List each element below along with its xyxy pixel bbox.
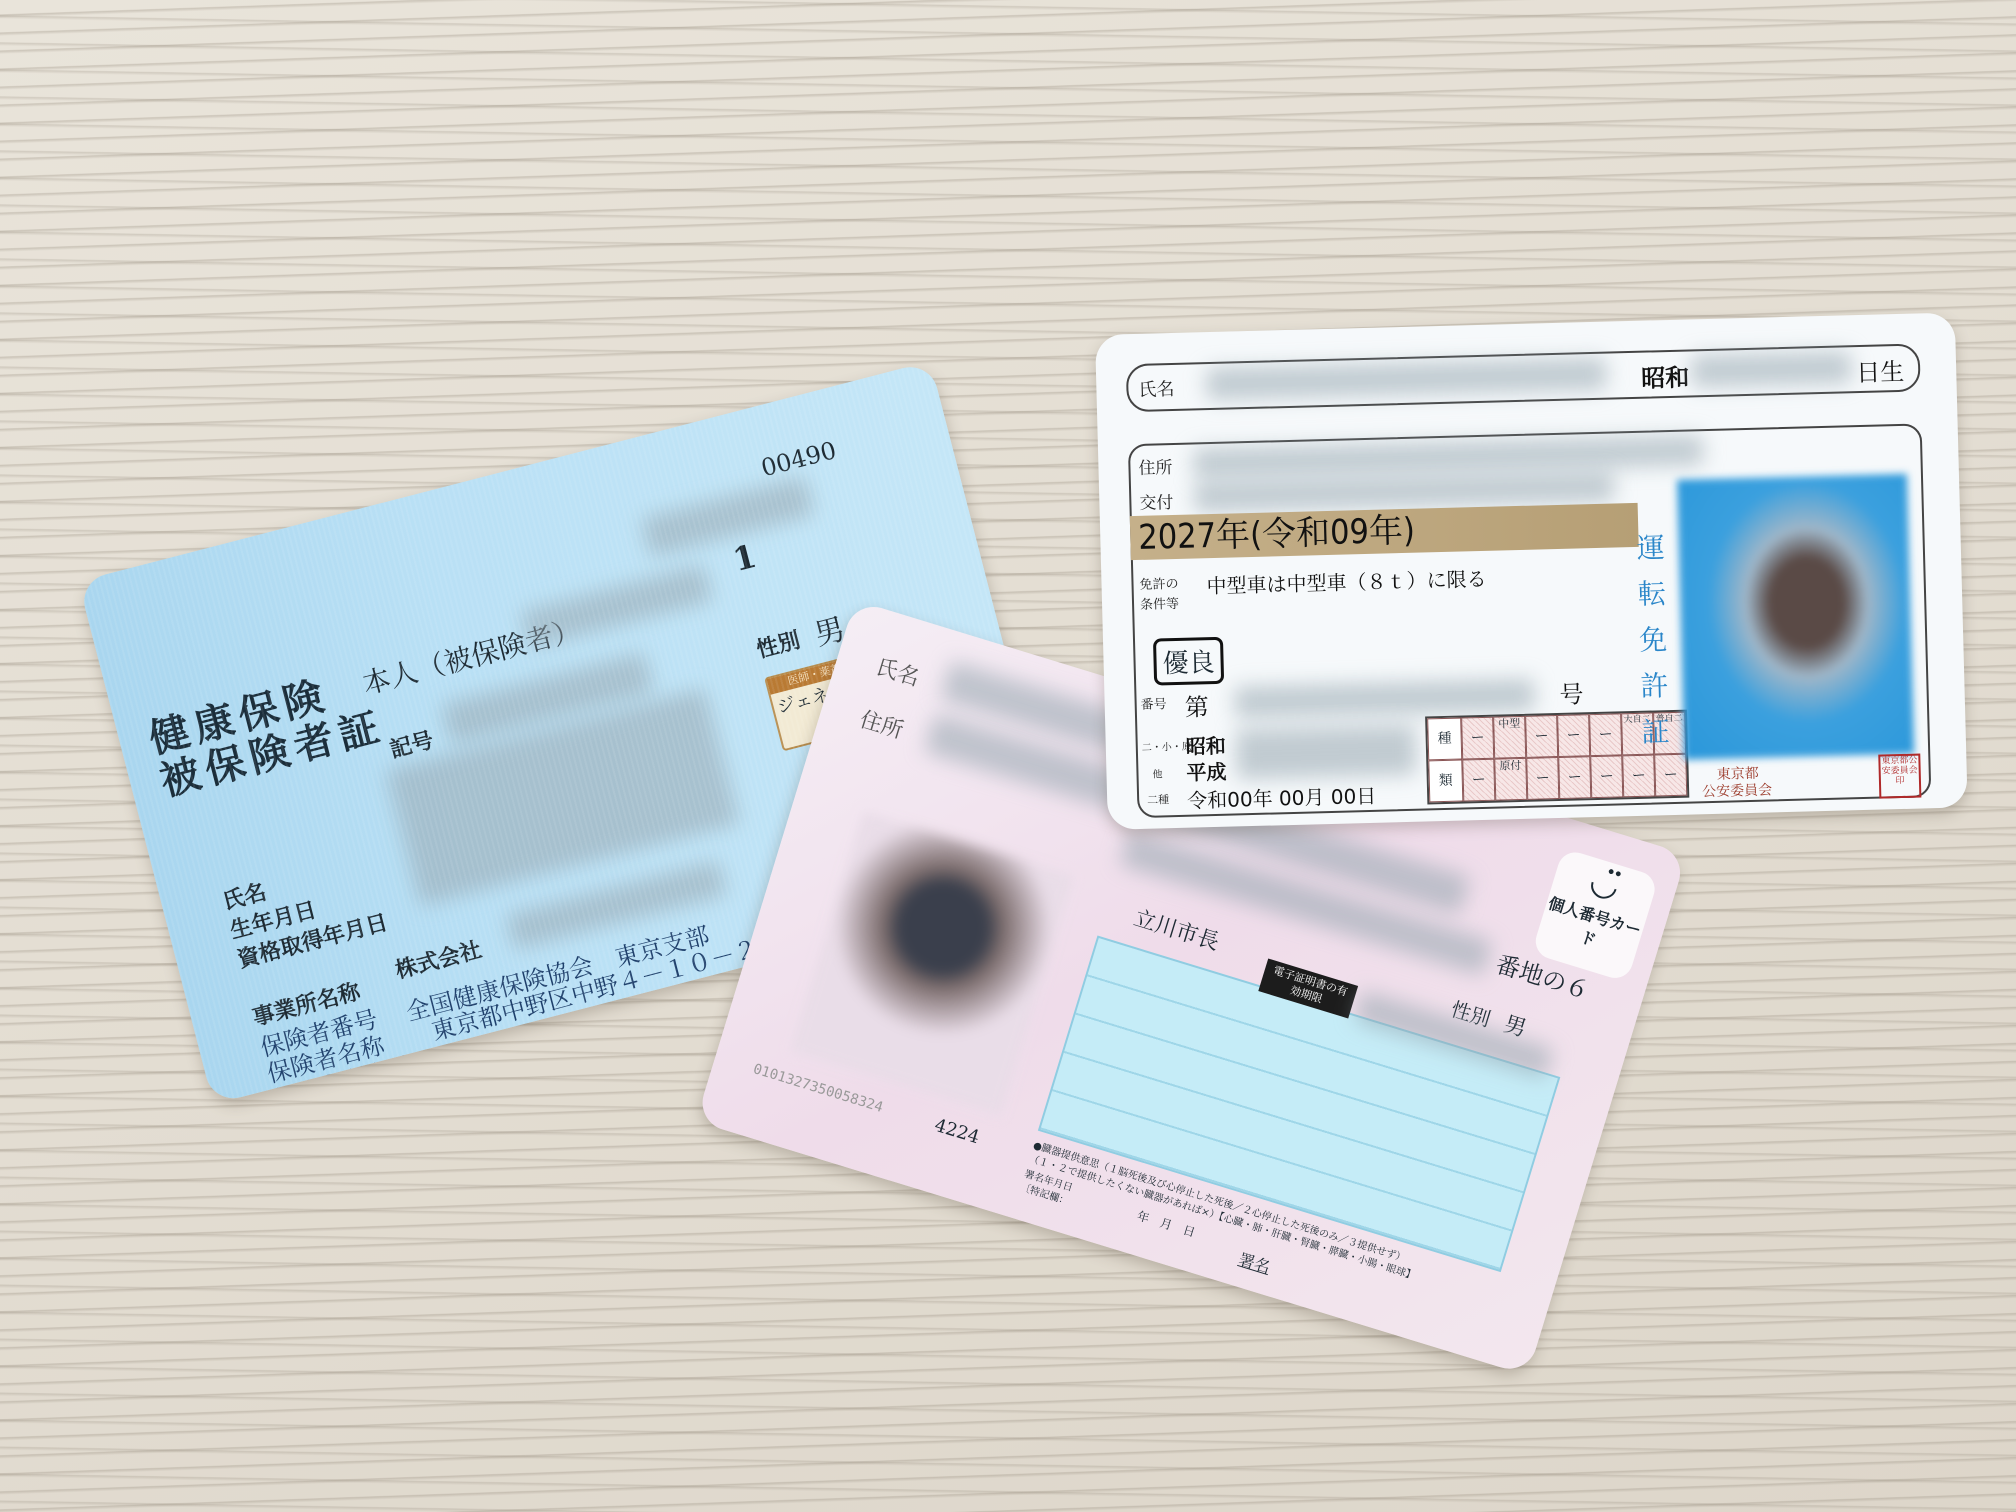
license-photo xyxy=(1677,474,1914,760)
name-label: 氏名 xyxy=(219,875,269,916)
card-code: 4224 xyxy=(932,1115,982,1148)
history-label-1: 二・小・原 xyxy=(1142,738,1192,754)
conditions-label-2: 条件等 xyxy=(1140,593,1179,613)
class-cell: ー xyxy=(1654,754,1687,797)
drivers-license-card: 氏名 昭和 日生 住所 交付 2027年(令和09年) 免許の 条件等 中型車は… xyxy=(1095,312,1968,829)
insured-type: 本人（被保険者） xyxy=(358,608,585,703)
mn-name-label: 氏名 xyxy=(872,650,923,693)
excellent-driver-badge: 優良 xyxy=(1153,637,1224,686)
license-vertical-title: 運転免許証 xyxy=(1633,525,1673,756)
era-heisei: 平成 xyxy=(1186,756,1227,786)
office-label: 事業所名称 xyxy=(249,975,363,1033)
redacted-field xyxy=(520,564,713,648)
sex-label: 性別 xyxy=(753,623,803,664)
redacted-dates xyxy=(1235,725,1416,780)
redacted-name-dates xyxy=(385,688,740,906)
conditions-label-1: 免許の xyxy=(1139,573,1178,593)
birth-suffix: 日生 xyxy=(1856,352,1905,388)
birth-era: 昭和 xyxy=(1641,357,1690,393)
serial-number: 00490 xyxy=(758,436,839,482)
redacted-number xyxy=(640,476,815,557)
class-cell: ー xyxy=(1461,717,1494,760)
history-label-2: 他 xyxy=(1152,765,1162,780)
class-label-1: 種 xyxy=(1427,718,1462,761)
number-suffix: 号 xyxy=(1559,674,1584,710)
history-label-3: 二種 xyxy=(1147,791,1169,808)
number-label: 番号 xyxy=(1140,693,1167,713)
class-cell: ー xyxy=(1622,755,1655,798)
issuer-2: 公安委員会 xyxy=(1702,779,1772,801)
insurer-name-label: 保険者名称 xyxy=(263,1025,388,1089)
class-cell: ー xyxy=(1525,715,1558,758)
class-cell: ー xyxy=(1589,713,1622,756)
redacted-office xyxy=(505,860,727,950)
reiwa-date: 令和00年 00月 00日 xyxy=(1187,780,1377,814)
class-cell: ー xyxy=(1590,755,1623,798)
mn-address-label: 住所 xyxy=(856,703,907,746)
class-cell: ー xyxy=(1558,756,1591,799)
address-label: 住所 xyxy=(1138,453,1173,479)
redacted-kigo xyxy=(441,652,655,745)
number-prefix: 第 xyxy=(1184,687,1209,723)
class-label-2: 類 xyxy=(1428,760,1463,803)
number-suffix: 1 xyxy=(729,537,760,579)
insurer-address-label: 保険者所在地 xyxy=(269,1045,417,1104)
class-cell: ー xyxy=(1557,714,1590,757)
kigo-label: 記号 xyxy=(386,723,436,764)
insurer-address: 東京都中野区中野４－１０－２ xyxy=(427,929,761,1047)
class-cell: ー xyxy=(1462,759,1495,802)
mayor: 立川市長 xyxy=(1130,901,1223,956)
insurer-number-label: 保険者番号 xyxy=(256,999,381,1063)
office-value: 株式会社 xyxy=(392,933,485,985)
redacted-birthdate xyxy=(1691,351,1852,387)
mn-photo xyxy=(790,812,1073,1115)
dl-name-label: 氏名 xyxy=(1138,375,1175,402)
class-cell: 原付 xyxy=(1494,758,1527,801)
birthdate-label: 生年月日 xyxy=(226,893,319,945)
card-title-2: 被保険者証 xyxy=(156,704,390,804)
class-cell: 中型 xyxy=(1493,716,1526,759)
class-cell: ー xyxy=(1526,757,1559,800)
official-seal-icon: 東京都公安委員会印 xyxy=(1878,754,1921,799)
acquired-date-label: 資格取得年月日 xyxy=(234,905,391,974)
signature-label: 署名 xyxy=(1236,1247,1273,1278)
card-title-1: 健康保険 xyxy=(145,673,334,762)
insurer-name: 全国健康保険協会 東京支部 xyxy=(402,916,713,1028)
issue-label: 交付 xyxy=(1139,488,1174,514)
